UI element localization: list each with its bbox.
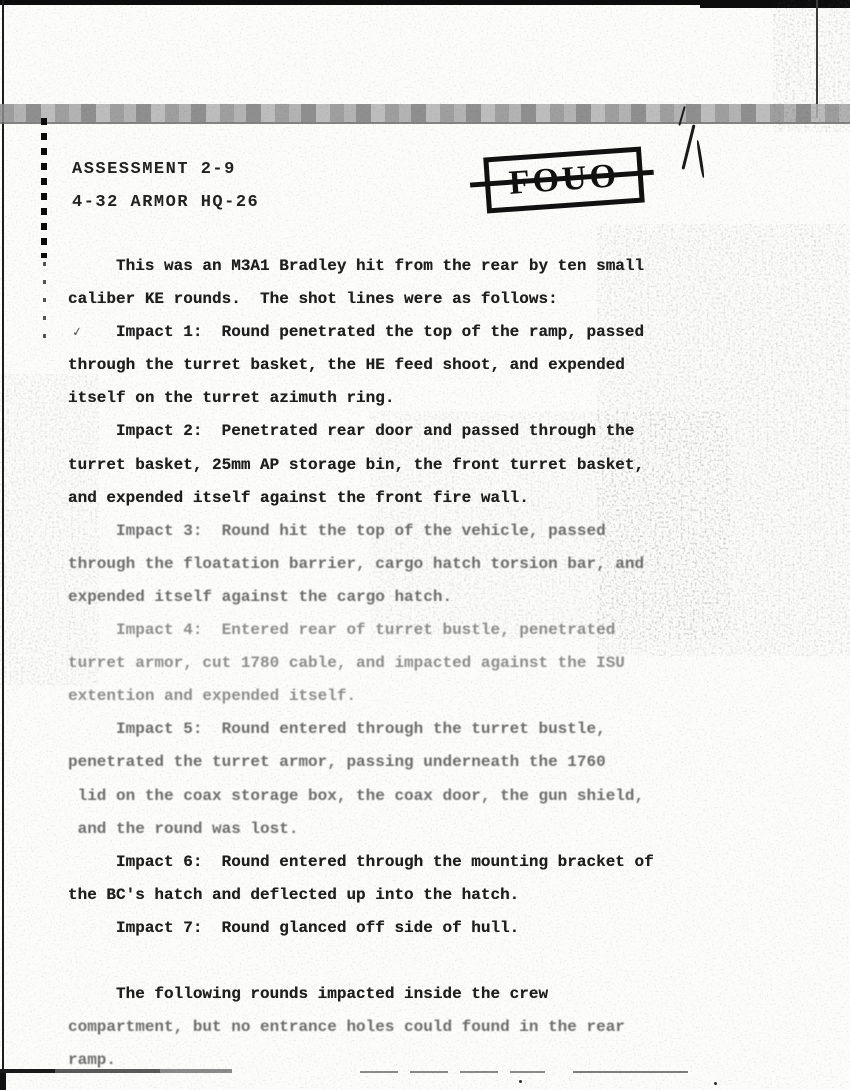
bottom-rule-segment xyxy=(573,1071,688,1073)
text-line: Impact 5: Round entered through the turr… xyxy=(68,713,788,746)
text-line: turret armor, cut 1780 cable, and impact… xyxy=(68,647,788,680)
bottom-rule-segment xyxy=(360,1071,545,1073)
bottom-rule-segment xyxy=(0,1069,232,1073)
scan-noise-band xyxy=(0,104,850,124)
text-line: Impact 1: Round penetrated the top of th… xyxy=(68,316,788,349)
text-line: Impact 3: Round hit the top of the vehic… xyxy=(68,515,788,548)
binding-marks xyxy=(41,118,47,258)
text-line: The following rounds impacted inside the… xyxy=(68,978,788,1011)
text-line: Impact 7: Round glanced off side of hull… xyxy=(68,912,788,945)
text-line: lid on the coax storage box, the coax do… xyxy=(68,780,788,813)
scan-left-edge xyxy=(2,0,4,1090)
text-line: extention and expended itself. xyxy=(68,680,788,713)
text-line: caliber KE rounds. The shot lines were a… xyxy=(68,283,788,316)
fouo-stamp: FOUO xyxy=(483,147,645,214)
text-line: This was an M3A1 Bradley hit from the re… xyxy=(68,250,788,283)
text-line: penetrated the turret armor, passing und… xyxy=(68,746,788,779)
text-line: Impact 6: Round entered through the moun… xyxy=(68,846,788,879)
text-line: Impact 4: Entered rear of turret bustle,… xyxy=(68,614,788,647)
pen-mark xyxy=(696,140,705,178)
text-line: through the floatation barrier, cargo ha… xyxy=(68,548,788,581)
scanned-document-page: ASSESSMENT 2-9 4-32 ARMOR HQ-26 FOUO ✓ T… xyxy=(0,0,850,1090)
scan-right-edge xyxy=(816,0,818,118)
text-line xyxy=(68,945,788,978)
text-line: itself on the turret azimuth ring. xyxy=(68,382,788,415)
text-line: expended itself against the cargo hatch. xyxy=(68,581,788,614)
text-line: and expended itself against the front fi… xyxy=(68,482,788,515)
scan-top-edge-right xyxy=(700,0,850,8)
binding-marks-sparse xyxy=(43,262,46,352)
pen-mark xyxy=(681,124,695,169)
text-line: turret basket, 25mm AP storage bin, the … xyxy=(68,449,788,482)
text-line: and the round was lost. xyxy=(68,813,788,846)
text-line: through the turret basket, the HE feed s… xyxy=(68,349,788,382)
text-line: Impact 2: Penetrated rear door and passe… xyxy=(68,415,788,448)
scan-left-edge-foot xyxy=(0,1072,6,1090)
document-body: This was an M3A1 Bradley hit from the re… xyxy=(68,250,788,1077)
ink-speck xyxy=(714,1082,717,1085)
text-line: compartment, but no entrance holes could… xyxy=(68,1011,788,1044)
ink-speck xyxy=(519,1080,522,1083)
document-title: ASSESSMENT 2-9 xyxy=(72,160,236,179)
text-line: the BC's hatch and deflected up into the… xyxy=(68,879,788,912)
document-unit-line: 4-32 ARMOR HQ-26 xyxy=(72,193,259,212)
